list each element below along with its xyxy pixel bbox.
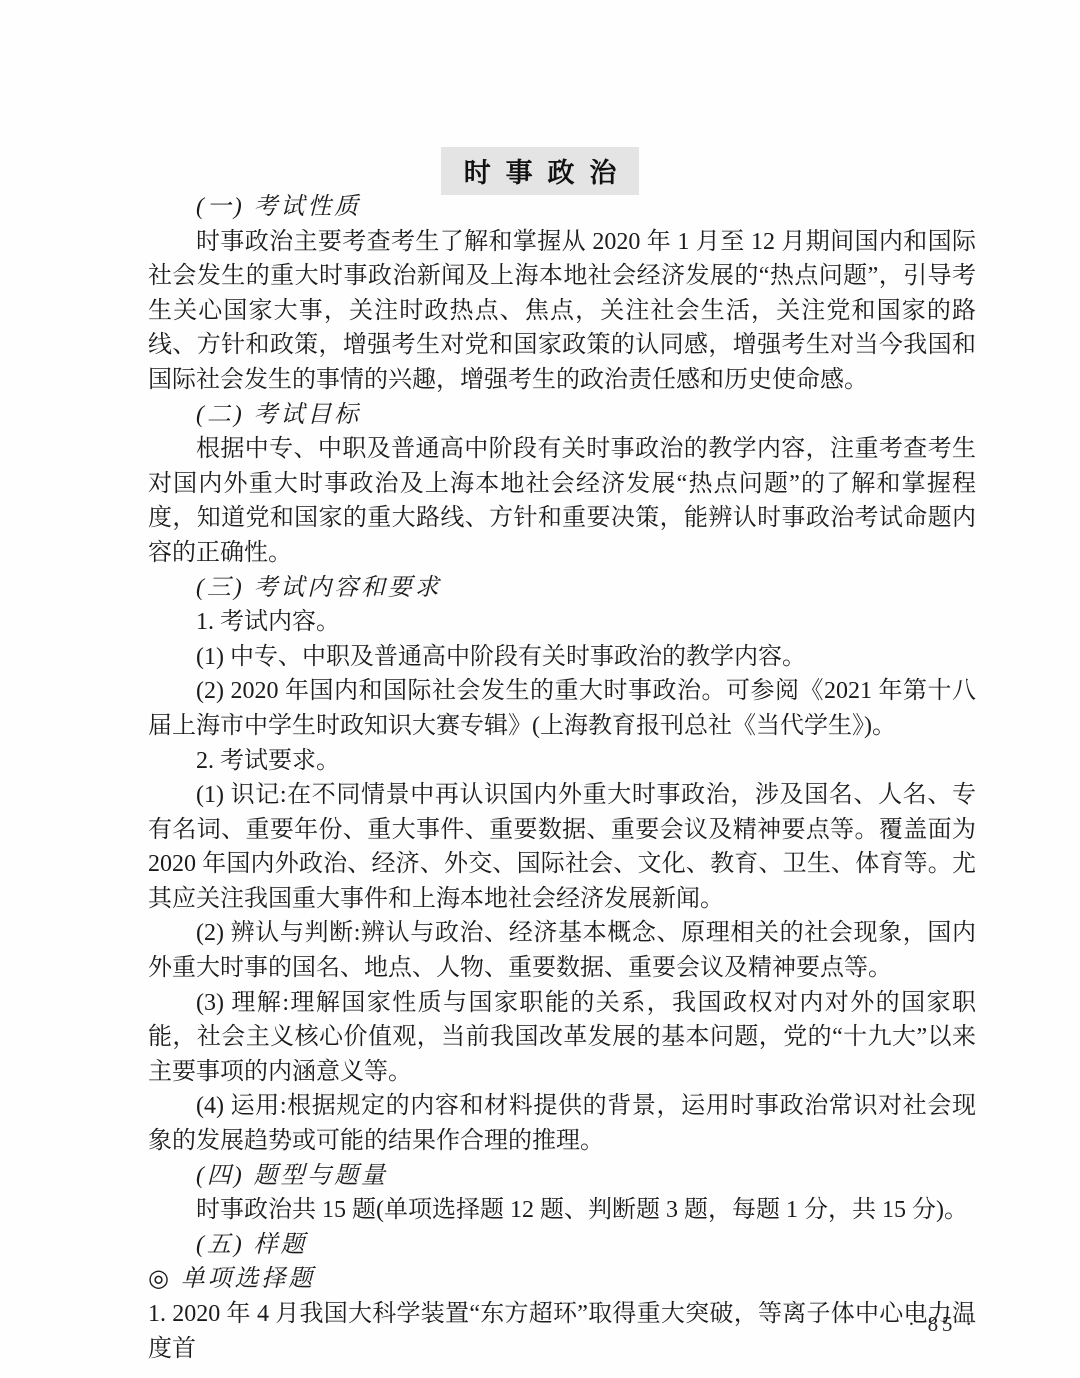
section-heading-sample: (五) 样题	[148, 1228, 976, 1263]
item-exam-content-2: (2) 2020 年国内和国际社会发生的重大时事政治。可参阅《2021 年第十八…	[148, 674, 976, 743]
item-requirement-recall: (1) 识记:在不同情景中再认识国内外重大时事政治，涉及国名、人名、专有名词、重…	[148, 778, 976, 916]
section-heading-question-types: (四) 题型与题量	[148, 1159, 976, 1194]
item-exam-content-1: (1) 中专、中职及普通高中阶段有关时事政治的教学内容。	[148, 640, 976, 675]
document-page: 时事政治 (一) 考试性质 时事政治主要考查考生了解和掌握从 2020 年 1 …	[0, 0, 1080, 1378]
mcq-type-heading: ◎ 单项选择题	[148, 1262, 976, 1297]
document-body: (一) 考试性质 时事政治主要考查考生了解和掌握从 2020 年 1 月至 12…	[148, 190, 976, 1366]
section-heading-exam-nature: (一) 考试性质	[148, 190, 976, 225]
title-row: 时事政治	[0, 147, 1080, 195]
item-requirement-understand: (3) 理解:理解国家性质与国家职能的关系，我国政权对内对外的国家职能，社会主义…	[148, 986, 976, 1090]
section-heading-content-req: (三) 考试内容和要求	[148, 571, 976, 606]
page-title: 时事政治	[441, 147, 639, 195]
paragraph-exam-nature: 时事政治主要考查考生了解和掌握从 2020 年 1 月至 12 月期间国内和国际…	[148, 225, 976, 398]
item-exam-requirements: 2. 考试要求。	[148, 744, 976, 779]
item-requirement-apply: (4) 运用:根据规定的内容和材料提供的背景，运用时事政治常识对社会现象的发展趋…	[148, 1089, 976, 1158]
paragraph-exam-goal: 根据中专、中职及普通高中阶段有关时事政治的教学内容，注重考查考生对国内外重大时事…	[148, 432, 976, 570]
page-number: · 85 ·	[148, 1312, 976, 1337]
item-exam-content: 1. 考试内容。	[148, 605, 976, 640]
paragraph-question-counts: 时事政治共 15 题(单项选择题 12 题、判断题 3 题，每题 1 分，共 1…	[148, 1193, 976, 1228]
section-heading-exam-goal: (二) 考试目标	[148, 398, 976, 433]
item-requirement-identify: (2) 辨认与判断:辨认与政治、经济基本概念、原理相关的社会现象，国内外重大时事…	[148, 916, 976, 985]
